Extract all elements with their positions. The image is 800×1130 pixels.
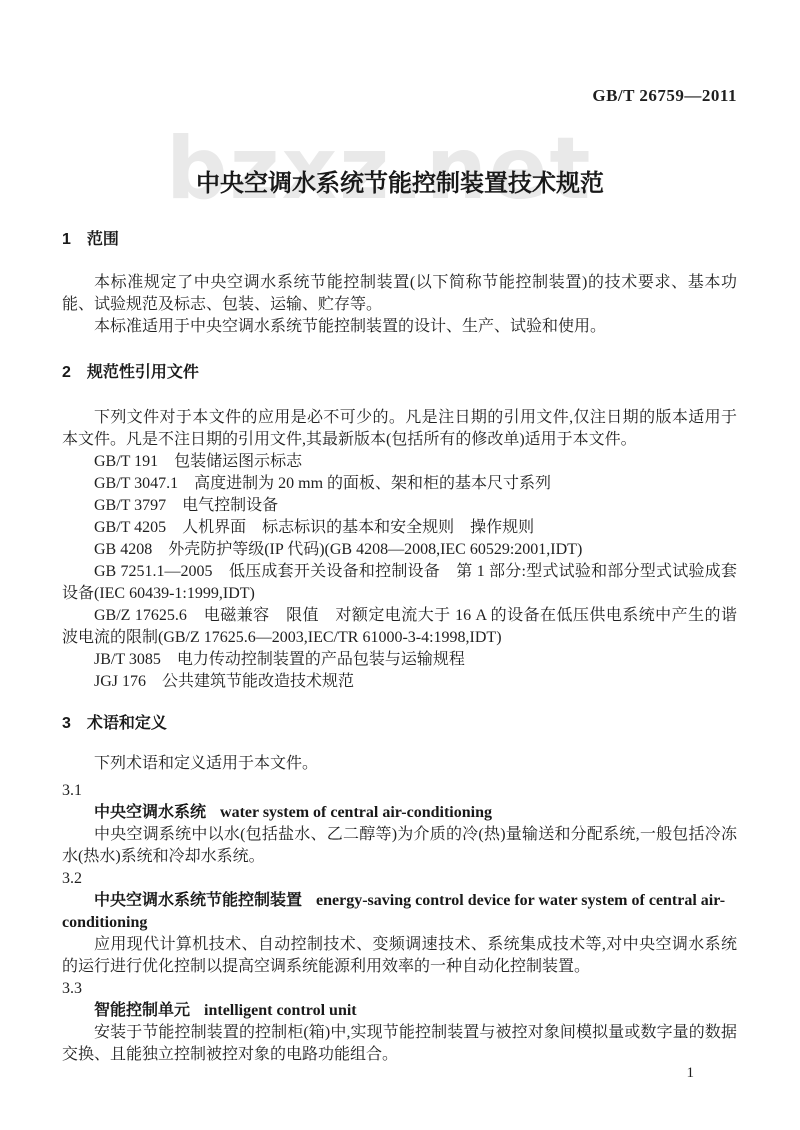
term-name-cn: 中央空调水系统: [94, 804, 206, 821]
term-name: 中央空调水系统节能控制装置energy-saving control devic…: [62, 890, 737, 934]
term-number: 3.2: [62, 868, 737, 890]
document-page: bzxz.net GB/T 26759—2011 中央空调水系统节能控制装置技术…: [0, 0, 800, 1130]
references-list: GB/T 191 包装储运图示标志 GB/T 3047.1 高度进制为 20 m…: [62, 451, 737, 693]
section-3-intro: 下列术语和定义适用于本文件。: [62, 753, 737, 775]
term-name-en: water system of central air-conditioning: [220, 804, 492, 821]
reference-item: GB/T 3797 电气控制设备: [62, 495, 737, 517]
page-title: 中央空调水系统节能控制装置技术规范: [0, 168, 800, 200]
reference-item: GB/Z 17625.6 电磁兼容 限值 对额定电流大于 16 A 的设备在低压…: [62, 605, 737, 649]
page-number: 1: [687, 1063, 695, 1083]
term-number: 3.1: [62, 780, 737, 802]
term-name-cn: 中央空调水系统节能控制装置: [94, 892, 302, 909]
reference-item: GB/T 4205 人机界面 标志标识的基本和安全规则 操作规则: [62, 517, 737, 539]
section-1-heading: 1 范围: [62, 229, 737, 251]
term-entry: 3.2 中央空调水系统节能控制装置energy-saving control d…: [62, 868, 737, 978]
term-definition: 安装于节能控制装置的控制柜(箱)中,实现节能控制装置与被控对象间模拟量或数字量的…: [62, 1022, 737, 1066]
reference-item: GB 4208 外壳防护等级(IP 代码)(GB 4208—2008,IEC 6…: [62, 539, 737, 561]
section-1-paragraph: 本标准规定了中央空调水系统节能控制装置(以下简称节能控制装置)的技术要求、基本功…: [62, 272, 737, 316]
section-2-heading: 2 规范性引用文件: [62, 362, 737, 384]
term-name: 智能控制单元intelligent control unit: [62, 1000, 737, 1022]
term-definition: 中央空调系统中以水(包括盐水、乙二醇等)为介质的冷(热)量输送和分配系统,一般包…: [62, 824, 737, 868]
section-2-intro: 下列文件对于本文件的应用是必不可少的。凡是注日期的引用文件,仅注日期的版本适用于…: [62, 407, 737, 451]
term-entry: 3.1 中央空调水系统water system of central air-c…: [62, 780, 737, 868]
section-1-paragraph: 本标准适用于中央空调水系统节能控制装置的设计、生产、试验和使用。: [62, 316, 737, 338]
standard-code: GB/T 26759—2011: [592, 86, 737, 106]
term-name-cn: 智能控制单元: [94, 1002, 190, 1019]
term-number: 3.3: [62, 978, 737, 1000]
term-entry: 3.3 智能控制单元intelligent control unit 安装于节能…: [62, 978, 737, 1066]
term-name: 中央空调水系统water system of central air-condi…: [62, 802, 737, 824]
document-body: 1 范围 本标准规定了中央空调水系统节能控制装置(以下简称节能控制装置)的技术要…: [62, 229, 737, 1066]
reference-item: GB/T 3047.1 高度进制为 20 mm 的面板、架和柜的基本尺寸系列: [62, 473, 737, 495]
section-3-heading: 3 术语和定义: [62, 713, 737, 735]
reference-item: GB/T 191 包装储运图示标志: [62, 451, 737, 473]
term-name-en: intelligent control unit: [204, 1002, 357, 1019]
reference-item: JGJ 176 公共建筑节能改造技术规范: [62, 671, 737, 693]
reference-item: JB/T 3085 电力传动控制装置的产品包装与运输规程: [62, 649, 737, 671]
term-definition: 应用现代计算机技术、自动控制技术、变频调速技术、系统集成技术等,对中央空调水系统…: [62, 934, 737, 978]
reference-item: GB 7251.1—2005 低压成套开关设备和控制设备 第 1 部分:型式试验…: [62, 561, 737, 605]
